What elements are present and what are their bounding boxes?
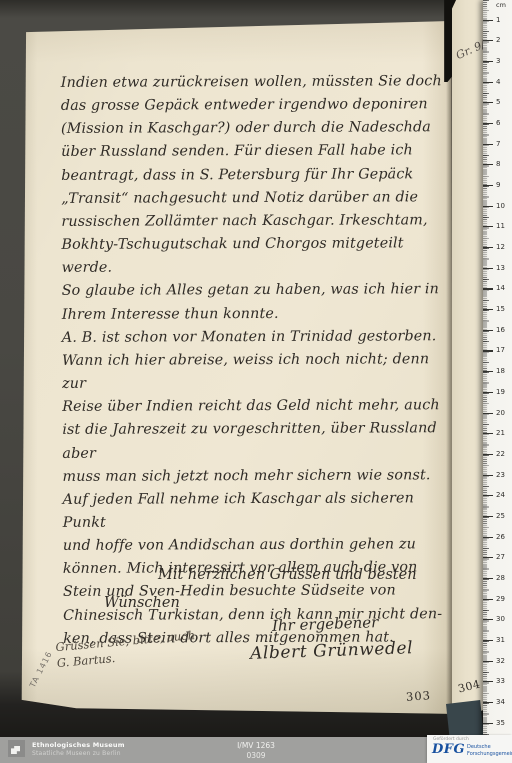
dfg-full-name: Deutsche Forschungsgemeinschaft [467,744,512,757]
next-page-edge: Gr. 9/5 304 [452,0,486,719]
ruler-halfcm-ticks [483,0,489,763]
manuscript-page: Indien etwa zurückreisen wollen, müssten… [20,21,453,718]
letter-closing-line2: Wünschen [104,595,180,611]
ruler: cm 1234567891011121314151617181920212223… [483,0,512,763]
ruler-unit-label: cm [496,1,506,9]
letter-signoff: Ihr ergebener [272,613,379,635]
scan-viewport: Indien etwa zurückreisen wollen, müssten… [0,0,512,763]
book-spine-fragment [446,700,484,740]
dfg-logo-block: Gefördert durch DFG Deutsche Forschungsg… [427,735,512,763]
dfg-logo: DFG [432,742,465,757]
page-number-left: 303 [406,688,432,704]
page-number-right: 304 [457,677,482,695]
letter-closing-line1: Mit herzlichen Grüssen und besten [158,567,417,583]
letter-body-text: Indien etwa zurückreisen wollen, müssten… [61,70,456,651]
